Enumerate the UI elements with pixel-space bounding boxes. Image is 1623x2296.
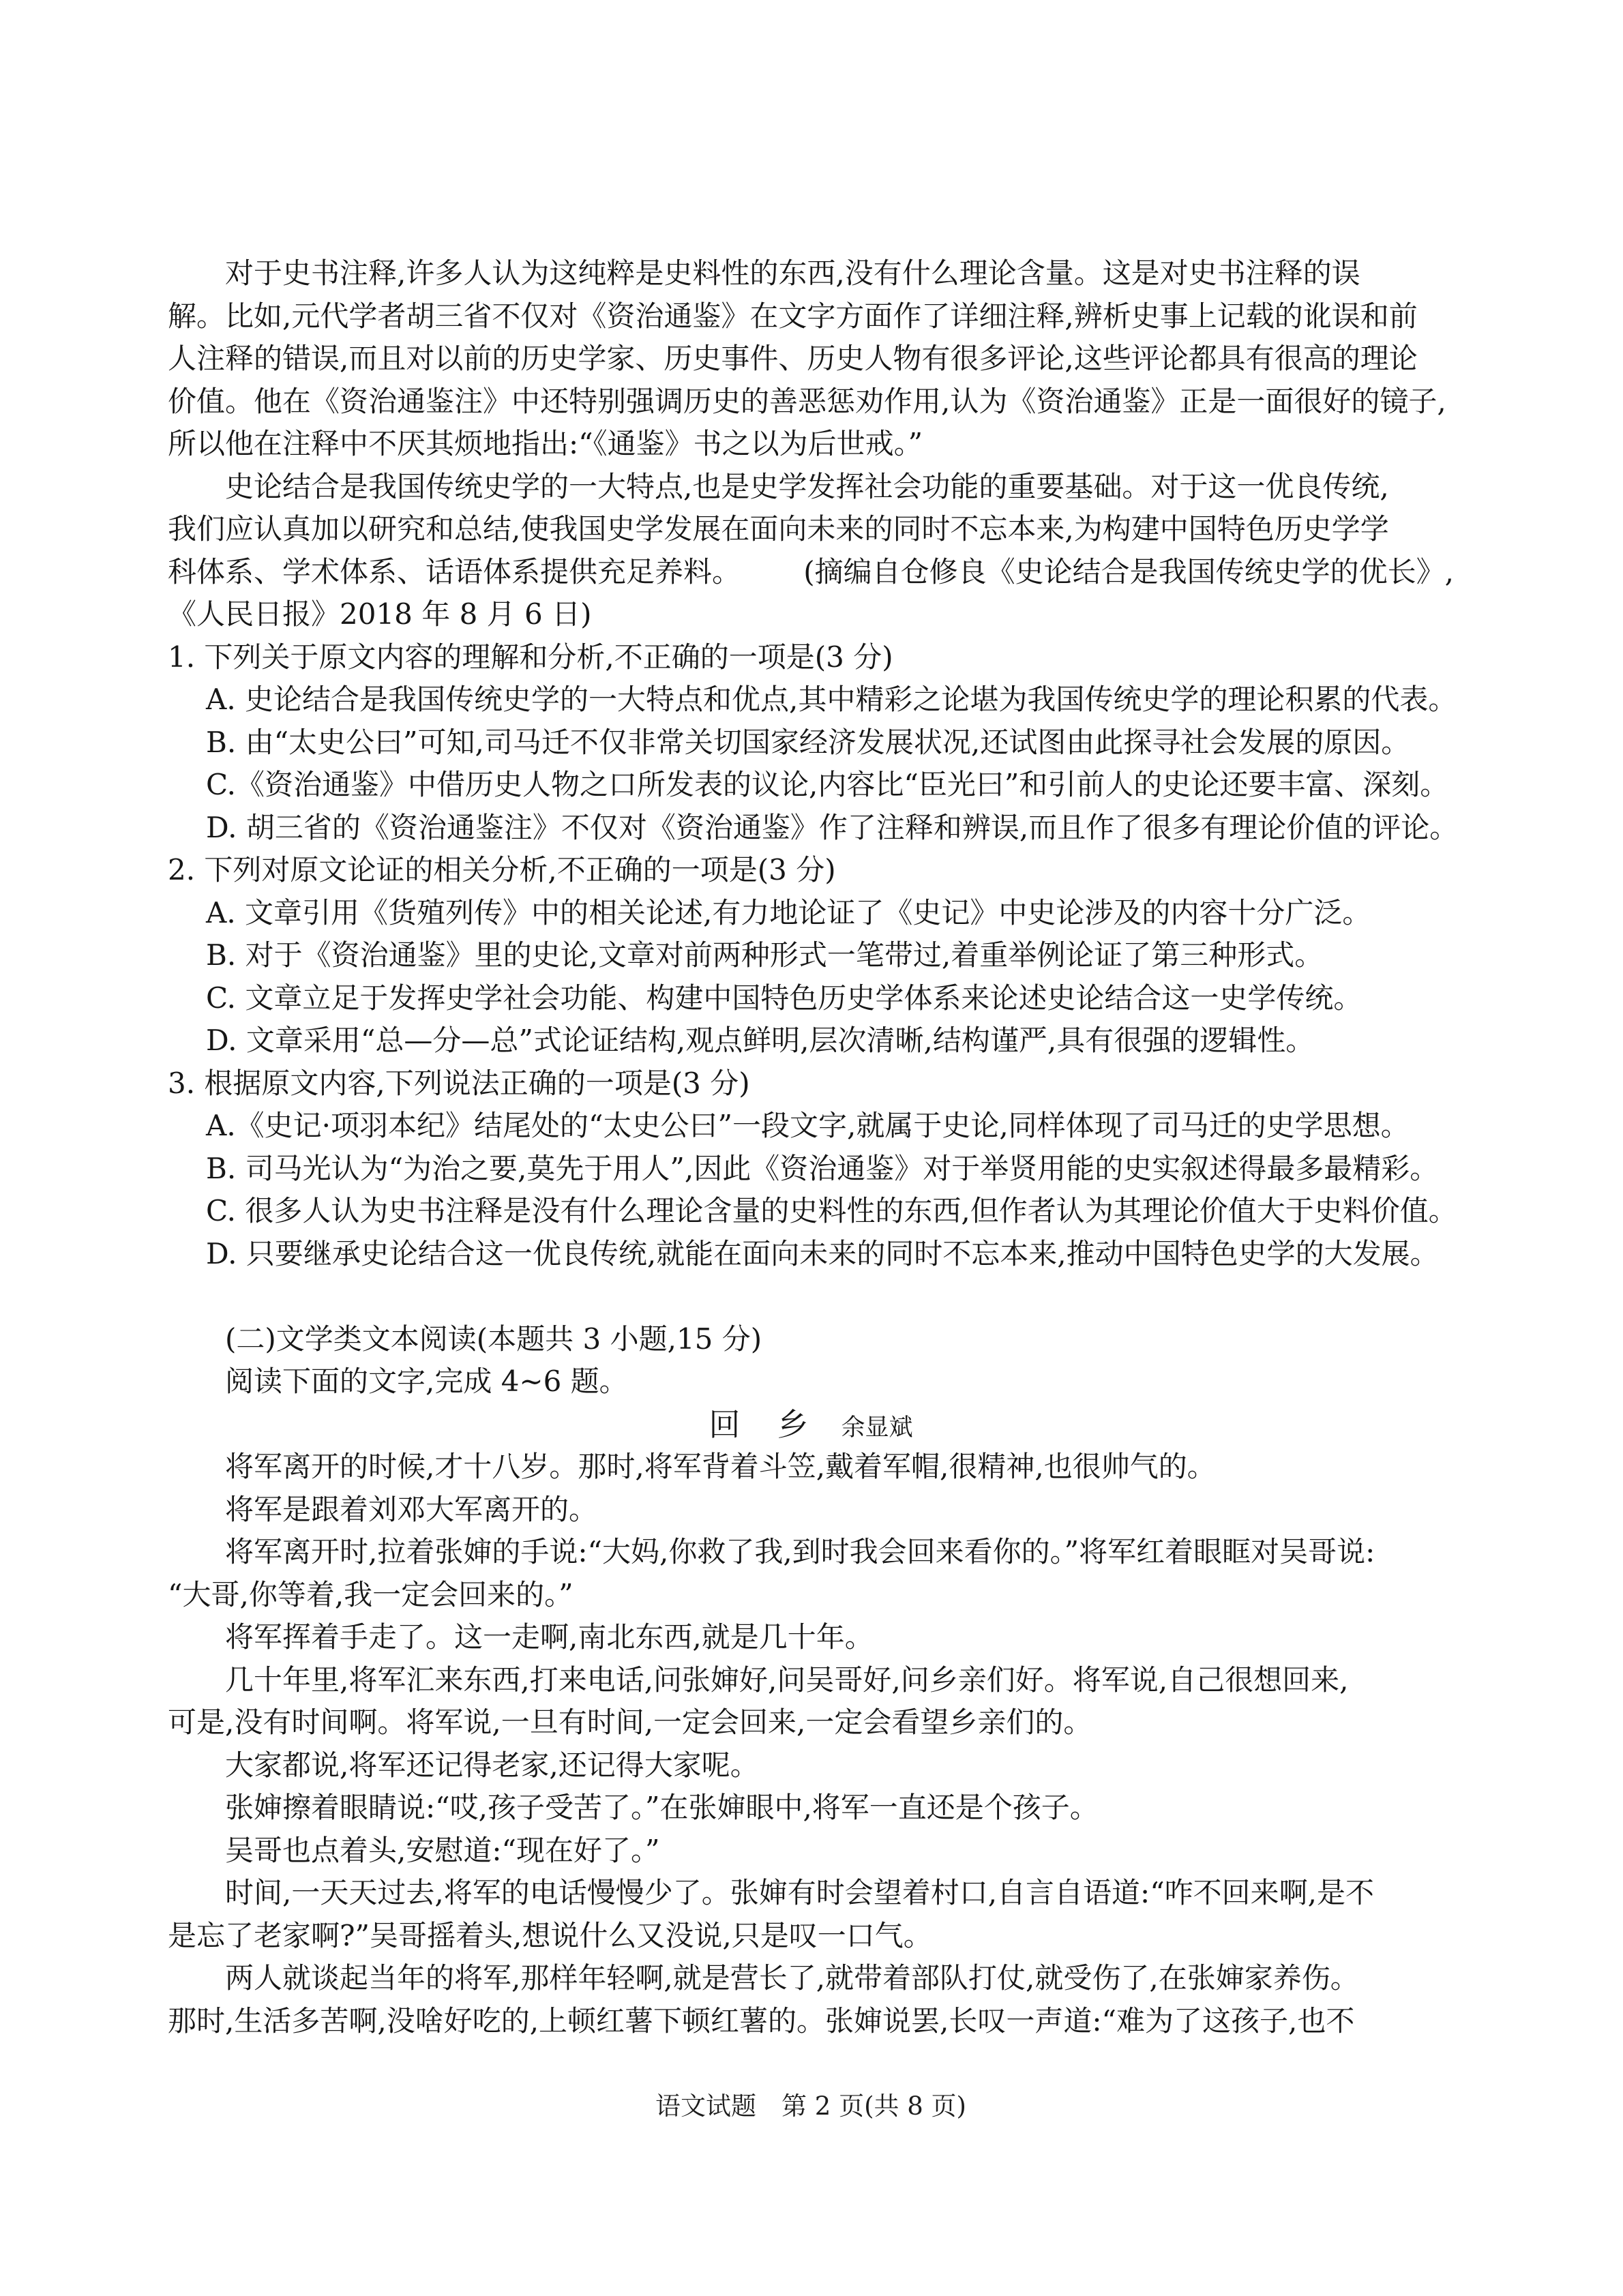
story-title: 回 乡 (709, 1406, 811, 1443)
passage-line: 我们应认真加以研究和总结,使我国史学发展在面向未来的同时不忘本来,为构建中国特色… (168, 508, 1454, 551)
question-1-option-d: D. 胡三省的《资治通鉴注》不仅对《资治通鉴》作了注释和辨误,而且作了很多有理论… (168, 807, 1454, 850)
passage-line: 所以他在注释中不厌其烦地指出:“《通鉴》书之以为后世戒。” (168, 423, 1454, 466)
story-line: 可是,没有时间啊。将军说,一旦有时间,一定会回来,一定会看望乡亲们的。 (168, 1701, 1454, 1744)
section2-heading: (二)文学类文本阅读(本题共 3 小题,15 分) (168, 1318, 1454, 1361)
question-3-option-b: B. 司马光认为“为治之要,莫先于用人”,因此《资治通鉴》对于举贤用能的史实叙述… (168, 1148, 1454, 1191)
question-2-option-d: D. 文章采用“总—分—总”式论证结构,观点鲜明,层次清晰,结构谨严,具有很强的… (168, 1019, 1454, 1062)
question-2-option-c: C. 文章立足于发挥史学社会功能、构建中国特色历史学体系来论述史论结合这一史学传… (168, 977, 1454, 1020)
story-line: 大家都说,将军还记得老家,还记得大家呢。 (168, 1744, 1454, 1787)
story-line: 将军挥着手走了。这一走啊,南北东西,就是几十年。 (168, 1616, 1454, 1659)
question-2-option-a: A. 文章引用《货殖列传》中的相关论述,有力地论证了《史记》中史论涉及的内容十分… (168, 892, 1454, 935)
question-1-option-c: C.《资治通鉴》中借历史人物之口所发表的议论,内容比“臣光曰”和引前人的史论还要… (168, 764, 1454, 807)
spacer (168, 2042, 1454, 2085)
story-line: 吴哥也点着头,安慰道:“现在好了。” (168, 1830, 1454, 1873)
story-line: 几十年里,将军汇来东西,打来电话,问张婶好,问吴哥好,问乡亲们好。将军说,自己很… (168, 1659, 1454, 1702)
question-3-option-c: C. 很多人认为史书注释是没有什么理论含量的史料性的东西,但作者认为其理论价值大… (168, 1190, 1454, 1233)
page-footer: 语文试题 第 2 页(共 8 页) (655, 2091, 966, 2121)
section2-instruction: 阅读下面的文字,完成 4~6 题。 (168, 1360, 1454, 1403)
spacer (168, 1275, 1454, 1318)
passage-line: 人注释的错误,而且对以前的历史学家、历史事件、历史人物有很多评论,这些评论都具有… (168, 338, 1454, 381)
story-line: 将军是跟着刘邓大军离开的。 (168, 1489, 1454, 1532)
exam-page: 对于史书注释,许多人认为这纯粹是史料性的东西,没有什么理论含量。这是对史书注释的… (0, 0, 1623, 2296)
document-lines: 对于史书注释,许多人认为这纯粹是史料性的东西,没有什么理论含量。这是对史书注释的… (168, 252, 1454, 2128)
passage-line: 《人民日报》2018 年 8 月 6 日) (168, 593, 1454, 636)
story-line: 张婶擦着眼睛说:“哎,孩子受苦了。”在张婶眼中,将军一直还是个孩子。 (168, 1787, 1454, 1830)
passage-line: 对于史书注释,许多人认为这纯粹是史料性的东西,没有什么理论含量。这是对史书注释的… (168, 252, 1454, 295)
story-line: 将军离开时,拉着张婶的手说:“大妈,你救了我,到时我会回来看你的。”将军红着眼眶… (168, 1531, 1454, 1574)
story-line: “大哥,你等着,我一定会回来的。” (168, 1574, 1454, 1617)
story-line: 那时,生活多苦啊,没啥好吃的,上顿红薯下顿红薯的。张婶说罢,长叹一声道:“难为了… (168, 2000, 1454, 2043)
question-1-option-a: A. 史论结合是我国传统史学的一大特点和优点,其中精彩之论堪为我国传统史学的理论… (168, 679, 1454, 721)
story-line: 两人就谈起当年的将军,那样年轻啊,就是营长了,就带着部队打仗,就受伤了,在张婶家… (168, 1957, 1454, 2000)
story-title-line: 回 乡余显斌 (168, 1403, 1454, 1446)
question-3-option-d: D. 只要继承史论结合这一优良传统,就能在面向未来的同时不忘本来,推动中国特色史… (168, 1233, 1454, 1276)
story-author: 余显斌 (841, 1414, 912, 1442)
question-1-option-b: B. 由“太史公曰”可知,司马迁不仅非常关切国家经济发展状况,还试图由此探寻社会… (168, 721, 1454, 764)
story-line: 是忘了老家啊?”吴哥摇着头,想说什么又没说,只是叹一口气。 (168, 1915, 1454, 1958)
question-1-stem: 1. 下列关于原文内容的理解和分析,不正确的一项是(3 分) (168, 636, 1454, 679)
story-line: 时间,一天天过去,将军的电话慢慢少了。张婶有时会望着村口,自言自语道:“咋不回来… (168, 1872, 1454, 1915)
footer-line: 语文试题 第 2 页(共 8 页) (168, 2085, 1454, 2128)
question-2-stem: 2. 下列对原文论证的相关分析,不正确的一项是(3 分) (168, 849, 1454, 892)
passage-line: 价值。他在《资治通鉴注》中还特别强调历史的善恶惩劝作用,认为《资治通鉴》正是一面… (168, 381, 1454, 423)
passage-line: 解。比如,元代学者胡三省不仅对《资治通鉴》在文字方面作了详细注释,辨析史事上记载… (168, 295, 1454, 338)
story-line: 将军离开的时候,才十八岁。那时,将军背着斗笠,戴着军帽,很精神,也很帅气的。 (168, 1446, 1454, 1489)
question-2-option-b: B. 对于《资治通鉴》里的史论,文章对前两种形式一笔带过,着重举例论证了第三种形… (168, 934, 1454, 977)
question-3-stem: 3. 根据原文内容,下列说法正确的一项是(3 分) (168, 1062, 1454, 1105)
passage-line: 史论结合是我国传统史学的一大特点,也是史学发挥社会功能的重要基础。对于这一优良传… (168, 466, 1454, 509)
passage-text: 科体系、学术体系、话语体系提供充足养料。 (168, 551, 741, 594)
passage-line: 科体系、学术体系、话语体系提供充足养料。(摘编自仓修良《史论结合是我国传统史学的… (168, 551, 1454, 594)
question-3-option-a: A.《史记·项羽本纪》结尾处的“太史公曰”一段文字,就属于史论,同样体现了司马迁… (168, 1105, 1454, 1148)
passage-attribution: (摘编自仓修良《史论结合是我国传统史学的优长》, (803, 551, 1454, 594)
